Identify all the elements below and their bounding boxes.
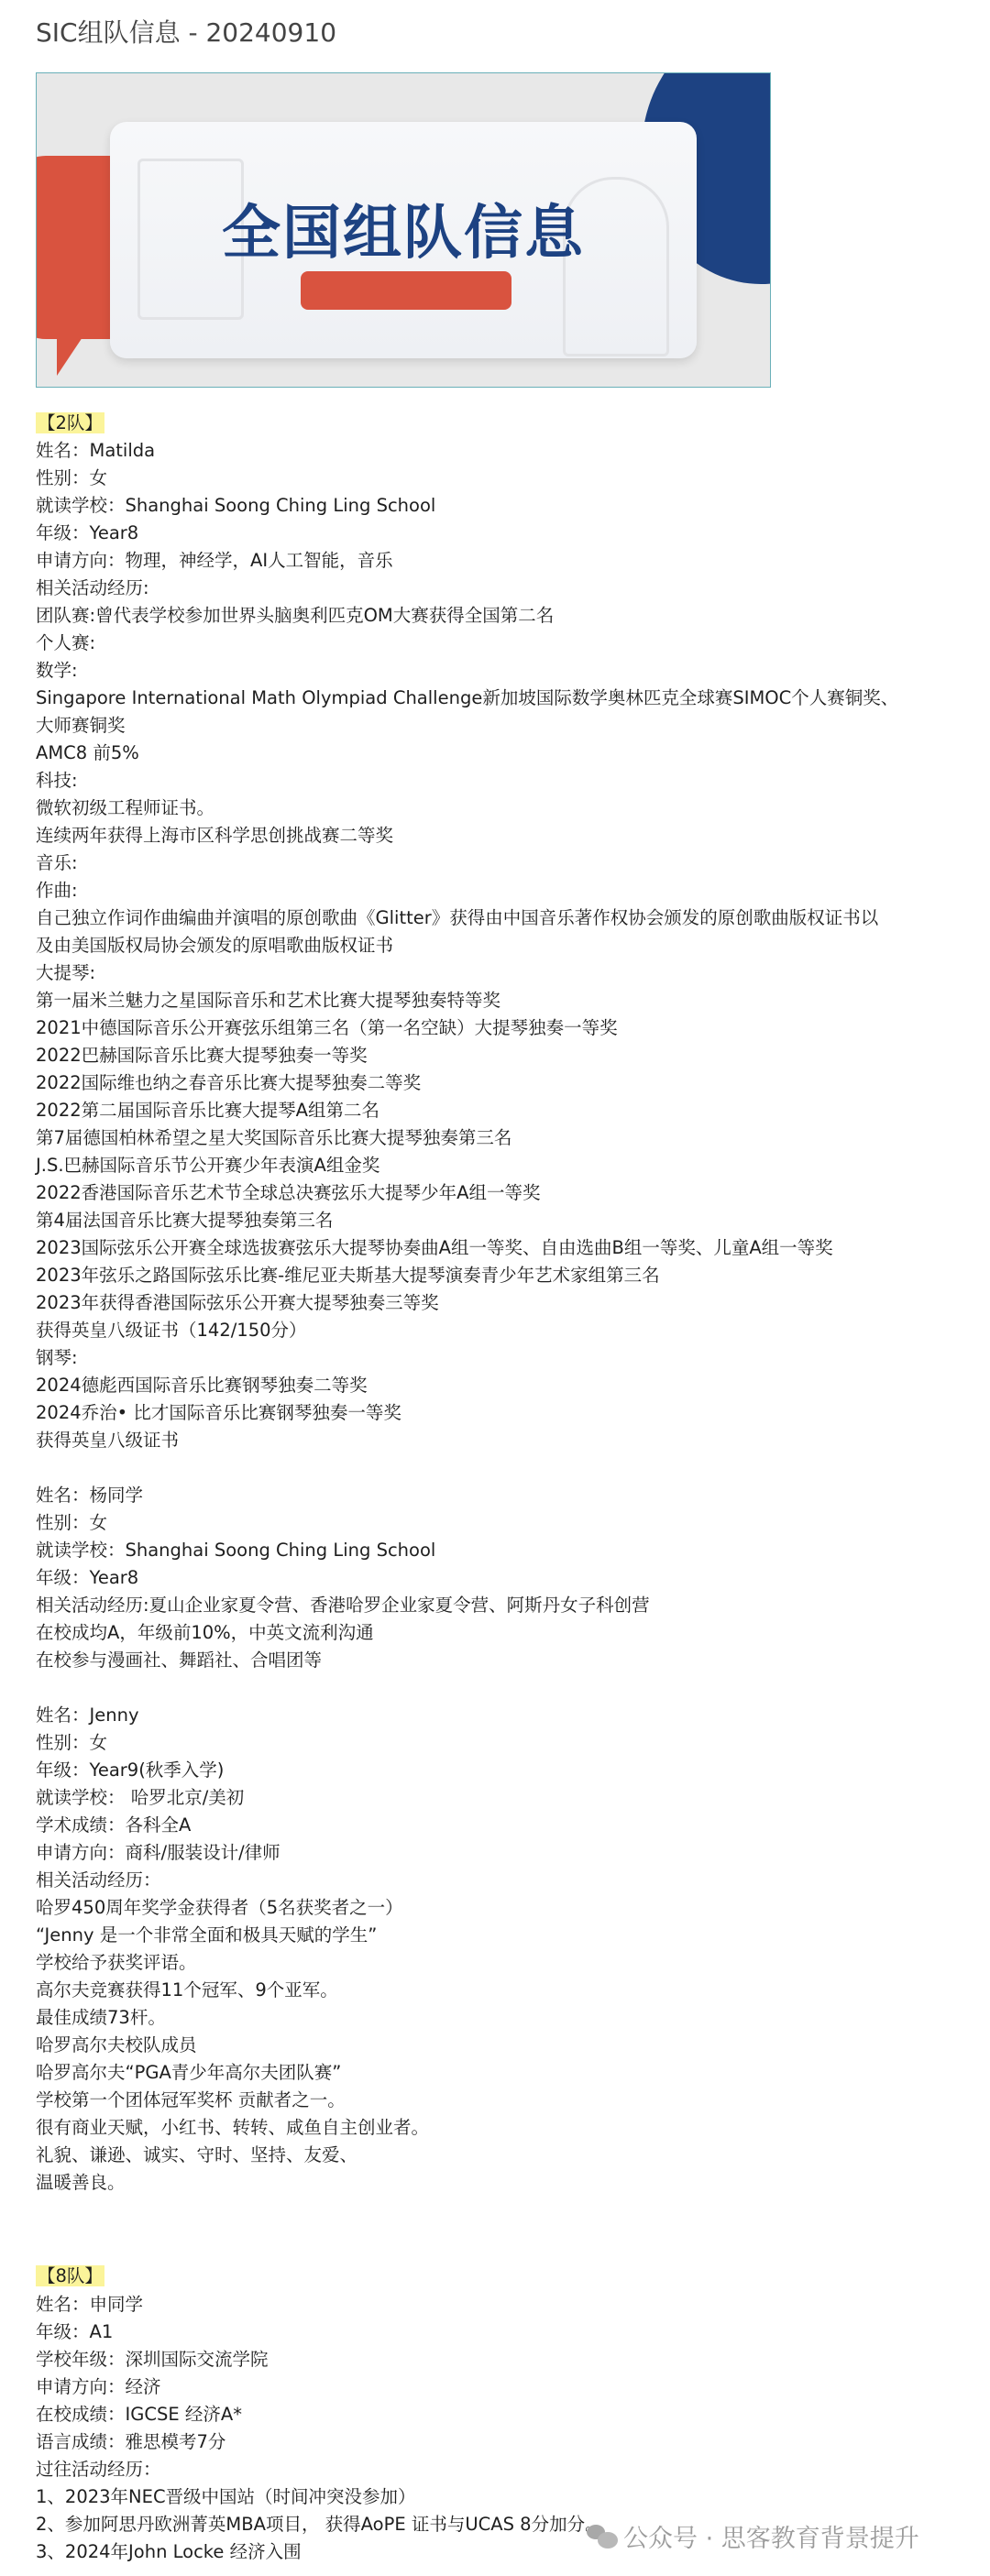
text-line: 2023国际弦乐公开赛全球选拔赛弦乐大提琴协奏曲A组一等奖、自由选曲B组一等奖、…	[36, 1234, 833, 1262]
text-line: 哈罗450周年奖学金获得者（5名获奖者之一）	[36, 1894, 403, 1922]
text-line: 学术成绩：各科全A	[36, 1812, 191, 1839]
text-line: 相关活动经历:	[36, 575, 149, 602]
text-line: 第4届法国音乐比赛大提琴独奏第三名	[36, 1207, 333, 1234]
team-tag-label: 【8队】	[36, 2265, 104, 2286]
text-line: 获得英皇八级证书（142/150分）	[36, 1317, 307, 1344]
text-line: 作曲:	[36, 877, 78, 904]
text-line: 个人赛:	[36, 630, 95, 657]
text-line: 第7届德国柏林希望之星大奖国际音乐比赛大提琴独奏第三名	[36, 1124, 511, 1152]
text-line: 2022第二届国际音乐比赛大提琴A组第二名	[36, 1097, 379, 1124]
text-line: 数学:	[36, 657, 78, 685]
text-line: 就读学校：Shanghai Soong Ching Ling School	[36, 1537, 435, 1564]
text-line: 及由美国版权局协会颁发的原唱歌曲版权证书	[36, 932, 393, 959]
text-line: 哈罗高尔夫校队成员	[36, 2032, 197, 2059]
text-line: 性别：女	[36, 1509, 107, 1537]
text-line: 申请方向：物理，神经学，AI人工智能，音乐	[36, 547, 393, 575]
text-line: 第一届米兰魅力之星国际音乐和艺术比赛大提琴独奏特等奖	[36, 987, 500, 1014]
banner-headline: 全国组队信息	[110, 186, 697, 270]
text-line: AMC8 前5%	[36, 740, 139, 767]
text-line: 2023年弦乐之路国际弦乐比赛-维尼亚夫斯基大提琴演奏青少年艺术家组第三名	[36, 1262, 660, 1289]
text-line: 温暖善良。	[36, 2169, 126, 2197]
text-line: 申请方向：商科/服装设计/律师	[36, 1839, 280, 1867]
text-line: 年级：Year8	[36, 520, 138, 547]
text-line: 大师赛铜奖	[36, 712, 126, 740]
text-line: 姓名：杨同学	[36, 1482, 143, 1509]
text-line: 年级：Year9(秋季入学)	[36, 1757, 224, 1784]
text-line: 2023年获得香港国际弦乐公开赛大提琴独奏三等奖	[36, 1289, 439, 1317]
text-line: 2、参加阿思丹欧洲菁英MBA项目， 获得AoPE 证书与UCAS 8分加分。	[36, 2511, 603, 2538]
text-line: 获得英皇八级证书	[36, 1427, 179, 1454]
text-line: 年级：Year8	[36, 1564, 138, 1592]
text-line: 性别：女	[36, 1729, 107, 1757]
text-line: 高尔夫竞赛获得11个冠军、9个亚军。	[36, 1977, 338, 2004]
text-line: 2022巴赫国际音乐比赛大提琴独奏一等奖	[36, 1042, 368, 1069]
decorative-bubble-tail	[57, 321, 93, 376]
decorative-red-bar	[301, 271, 511, 310]
watermark: 公众号 · 思客教育背景提升	[587, 2518, 919, 2554]
text-line: 相关活动经历：	[36, 1867, 161, 1894]
banner-card: 全国组队信息	[110, 122, 697, 358]
text-line: 很有商业天赋，小红书、转转、咸鱼自主创业者。	[36, 2114, 429, 2142]
text-line: 学校第一个团体冠军奖杯 贡献者之一。	[36, 2087, 346, 2114]
text-line: 在校成均A，年级前10%，中英文流利沟通	[36, 1619, 374, 1647]
text-line: 在校成绩：IGCSE 经济A*	[36, 2401, 242, 2428]
text-line: 2024德彪西国际音乐比赛钢琴独奏二等奖	[36, 1372, 368, 1399]
text-line: J.S.巴赫国际音乐节公开赛少年表演A组金奖	[36, 1152, 379, 1179]
text-line: 2022国际维也纳之春音乐比赛大提琴独奏二等奖	[36, 1069, 421, 1097]
text-line: 团队赛:曾代表学校参加世界头脑奥利匹克OM大赛获得全国第二名	[36, 602, 554, 630]
text-line: 哈罗高尔夫“PGA青少年高尔夫团队赛”	[36, 2059, 341, 2087]
text-line: 2022香港国际音乐艺术节全球总决赛弦乐大提琴少年A组一等奖	[36, 1179, 540, 1207]
text-line: 科技:	[36, 767, 78, 795]
text-line: 2021中德国际音乐公开赛弦乐组第三名（第一名空缺）大提琴独奏一等奖	[36, 1014, 618, 1042]
text-line: 就读学校： 哈罗北京/美初	[36, 1784, 244, 1812]
text-line: “Jenny 是一个非常全面和极具天赋的学生”	[36, 1922, 377, 1949]
text-line: 性别：女	[36, 465, 107, 492]
text-line: 申请方向：经济	[36, 2373, 161, 2401]
text-line: 就读学校：Shanghai Soong Ching Ling School	[36, 492, 435, 520]
banner-image: 全国组队信息	[36, 72, 771, 388]
text-line: 相关活动经历:夏山企业家夏令营、香港哈罗企业家夏令营、阿斯丹女子科创营	[36, 1592, 650, 1619]
wechat-icon	[587, 2525, 618, 2549]
decorative-speech-bubble	[36, 156, 110, 339]
text-line: 1、2023年NEC晋级中国站（时间冲突没参加）	[36, 2483, 416, 2511]
text-line: 语言成绩：雅思模考7分	[36, 2428, 225, 2456]
text-line: 最佳成绩73杆。	[36, 2004, 166, 2032]
text-line: Singapore International Math Olympiad Ch…	[36, 685, 898, 712]
text-line: 3、2024年John Locke 经济入围	[36, 2538, 302, 2566]
text-line: 姓名：Matilda	[36, 437, 155, 465]
text-line: 学校给予获奖评语。	[36, 1949, 197, 1977]
text-line: 连续两年获得上海市区科学思创挑战赛二等奖	[36, 822, 393, 850]
text-line: 微软初级工程师证书。	[36, 795, 214, 822]
team-tag-label: 【2队】	[36, 412, 104, 433]
watermark-text: 公众号 · 思客教育背景提升	[623, 2518, 919, 2554]
team-tag: 【2队】	[36, 410, 104, 437]
text-line: 在校参与漫画社、舞蹈社、合唱团等	[36, 1647, 322, 1674]
text-line: 2024乔治• 比才国际音乐比赛钢琴独奏一等奖	[36, 1399, 401, 1427]
text-line: 音乐:	[36, 850, 78, 877]
text-line: 大提琴:	[36, 959, 95, 987]
text-line: 礼貌、谦逊、诚实、守时、坚持、友爱、	[36, 2142, 357, 2169]
text-line: 姓名：申同学	[36, 2291, 143, 2318]
text-line: 自己独立作词作曲编曲并演唱的原创歌曲《Glitter》获得由中国音乐著作权协会颁…	[36, 904, 878, 932]
text-line: 钢琴:	[36, 1344, 78, 1372]
text-line: 姓名：Jenny	[36, 1702, 139, 1729]
text-line: 学校年级：深圳国际交流学院	[36, 2346, 269, 2373]
text-line: 年级：A1	[36, 2318, 113, 2346]
page-title: SIC组队信息 - 20240910	[36, 13, 336, 49]
team-tag: 【8队】	[36, 2263, 104, 2290]
text-line: 过往活动经历：	[36, 2456, 161, 2483]
